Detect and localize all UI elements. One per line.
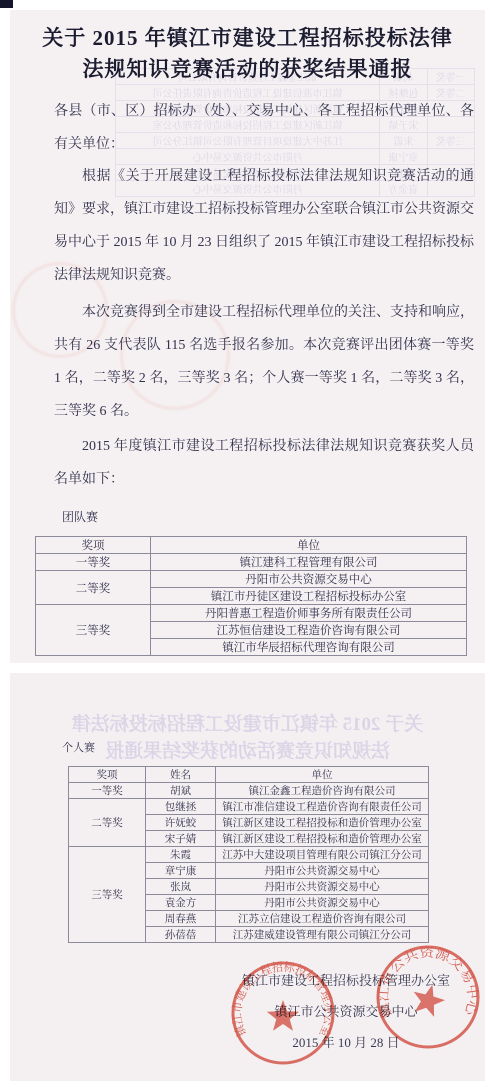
unit-cell: 镇江金鑫工程造价咨询有限公司 [216, 783, 429, 799]
award-cell: 一等奖 [36, 554, 151, 571]
table-row: 三等奖朱霞江苏中大建设项目管理有限公司镇江分公司 [69, 847, 429, 863]
unit-cell: 镇江新区建设工程招投标和造价管理办公室 [216, 831, 429, 847]
salutation: 各县（市、区）招标办（处）、交易中心、各工程招标代理单位、各有关单位： [54, 95, 474, 161]
title-line-2: 法规知识竞赛活动的获奖结果通报 [10, 54, 485, 85]
official-seal-bidding-office: 镇江市建设工程招标投标管理办公室 [229, 959, 337, 1067]
column-header: 单位 [216, 767, 429, 783]
table-row: 二等奖丹阳市公共资源交易中心 [36, 571, 467, 588]
column-header: 奖项 [36, 537, 151, 554]
name-cell: 章宁康 [146, 863, 216, 879]
title-line-1: 关于 2015 年镇江市建设工程招标投标法律 [10, 23, 485, 54]
unit-cell: 丹阳市公共资源交易中心 [151, 571, 467, 588]
award-cell: 二等奖 [36, 571, 151, 605]
unit-cell: 江苏中大建设项目管理有限公司镇江分公司 [216, 847, 429, 863]
name-cell: 孙蓓蓓 [146, 927, 216, 943]
name-cell: 袁金方 [146, 895, 216, 911]
name-cell: 包继拯 [146, 799, 216, 815]
name-cell: 胡斌 [146, 783, 216, 799]
award-cell: 三等奖 [69, 847, 146, 943]
unit-cell: 丹阳市公共资源交易中心 [216, 863, 429, 879]
column-header: 姓名 [146, 767, 216, 783]
unit-cell: 江苏建威建设管理有限公司镇江分公司 [216, 927, 429, 943]
unit-cell: 丹阳市公共资源交易中心 [216, 895, 429, 911]
unit-cell: 江苏恒信建设工程造价咨询有限公司 [151, 622, 467, 639]
official-seal-resource-center: 镇江市公共资源交易中心 [374, 943, 482, 1051]
table-row: 二等奖包继拯镇江市准信建设工程造价咨询有限责任公司 [69, 799, 429, 815]
name-cell: 许妩蛟 [146, 815, 216, 831]
unit-cell: 镇江新区建设工程招投标和造价管理办公室 [216, 815, 429, 831]
seal-ring-text: 镇江市建设工程招标投标管理办公室 [230, 959, 337, 1040]
scan-corner-artifact [0, 0, 13, 8]
page-2: 关于 2015 年镇江市建设工程招标投标法律 法规知识竞赛活动的获奖结果通报 个… [10, 673, 485, 1081]
unit-cell: 丹阳普惠工程造价师事务所有限责任公司 [151, 605, 467, 622]
bleed-through-title-ghost: 关于 2015 年镇江市建设工程招标投标法律 法规知识竞赛活动的获奖结果通报 [10, 711, 485, 765]
table-row: 三等奖丹阳普惠工程造价师事务所有限责任公司 [36, 605, 467, 622]
award-cell: 一等奖 [69, 783, 146, 799]
table-row: 一等奖胡斌镇江金鑫工程造价咨询有限公司 [69, 783, 429, 799]
name-cell: 朱霞 [146, 847, 216, 863]
column-header: 单位 [151, 537, 467, 554]
award-cell: 二等奖 [69, 799, 146, 847]
unit-cell: 丹阳市公共资源交易中心 [216, 879, 429, 895]
award-cell: 三等奖 [36, 605, 151, 656]
seal-star-icon [267, 1000, 299, 1031]
column-header: 奖项 [69, 767, 146, 783]
unit-cell: 镇江市华辰招标代理咨询有限公司 [151, 639, 467, 656]
team-section-label: 团队赛 [62, 508, 98, 525]
unit-cell: 江苏立信建设工程造价咨询有限公司 [216, 911, 429, 927]
body-paragraph-3: 2015 年度镇江市建设工程招标投标法律法规知识竞赛获奖人员名单如下： [54, 430, 474, 496]
svg-text:镇江市建设工程招标投标管理办公室: 镇江市建设工程招标投标管理办公室 [230, 959, 337, 1040]
individual-section-label: 个人赛 [62, 739, 95, 755]
team-results-table: 奖项单位一等奖镇江建科工程管理有限公司二等奖丹阳市公共资源交易中心镇江市丹徒区建… [35, 536, 467, 656]
body-paragraph-2: 本次竞赛得到全市建设工程招标代理单位的关注、支持和响应，共有 26 支代表队 1… [54, 296, 474, 428]
unit-cell: 镇江市准信建设工程造价咨询有限责任公司 [216, 799, 429, 815]
scanned-document: 一等奖胡斌镇江金鑫工程造价咨询有限公司二等奖包继拯镇江市准信建设工程造价咨询有限… [0, 0, 495, 1081]
body-paragraph-1: 根据《关于开展建设工程招标投标法律法规知识竞赛活动的通知》要求，镇江市建设工招标… [54, 160, 474, 292]
unit-cell: 镇江市丹徒区建设工程招标投标办公室 [151, 588, 467, 605]
name-cell: 周春燕 [146, 911, 216, 927]
document-title: 关于 2015 年镇江市建设工程招标投标法律 法规知识竞赛活动的获奖结果通报 [10, 23, 485, 85]
page-1: 一等奖胡斌镇江金鑫工程造价咨询有限公司二等奖包继拯镇江市准信建设工程造价咨询有限… [10, 10, 485, 663]
name-cell: 张岚 [146, 879, 216, 895]
name-cell: 宋子婧 [146, 831, 216, 847]
individual-results-table: 奖项姓名单位一等奖胡斌镇江金鑫工程造价咨询有限公司二等奖包继拯镇江市准信建设工程… [68, 766, 429, 943]
table-row: 一等奖镇江建科工程管理有限公司 [36, 554, 467, 571]
seal-star-icon [409, 980, 448, 1018]
unit-cell: 镇江建科工程管理有限公司 [151, 554, 467, 571]
